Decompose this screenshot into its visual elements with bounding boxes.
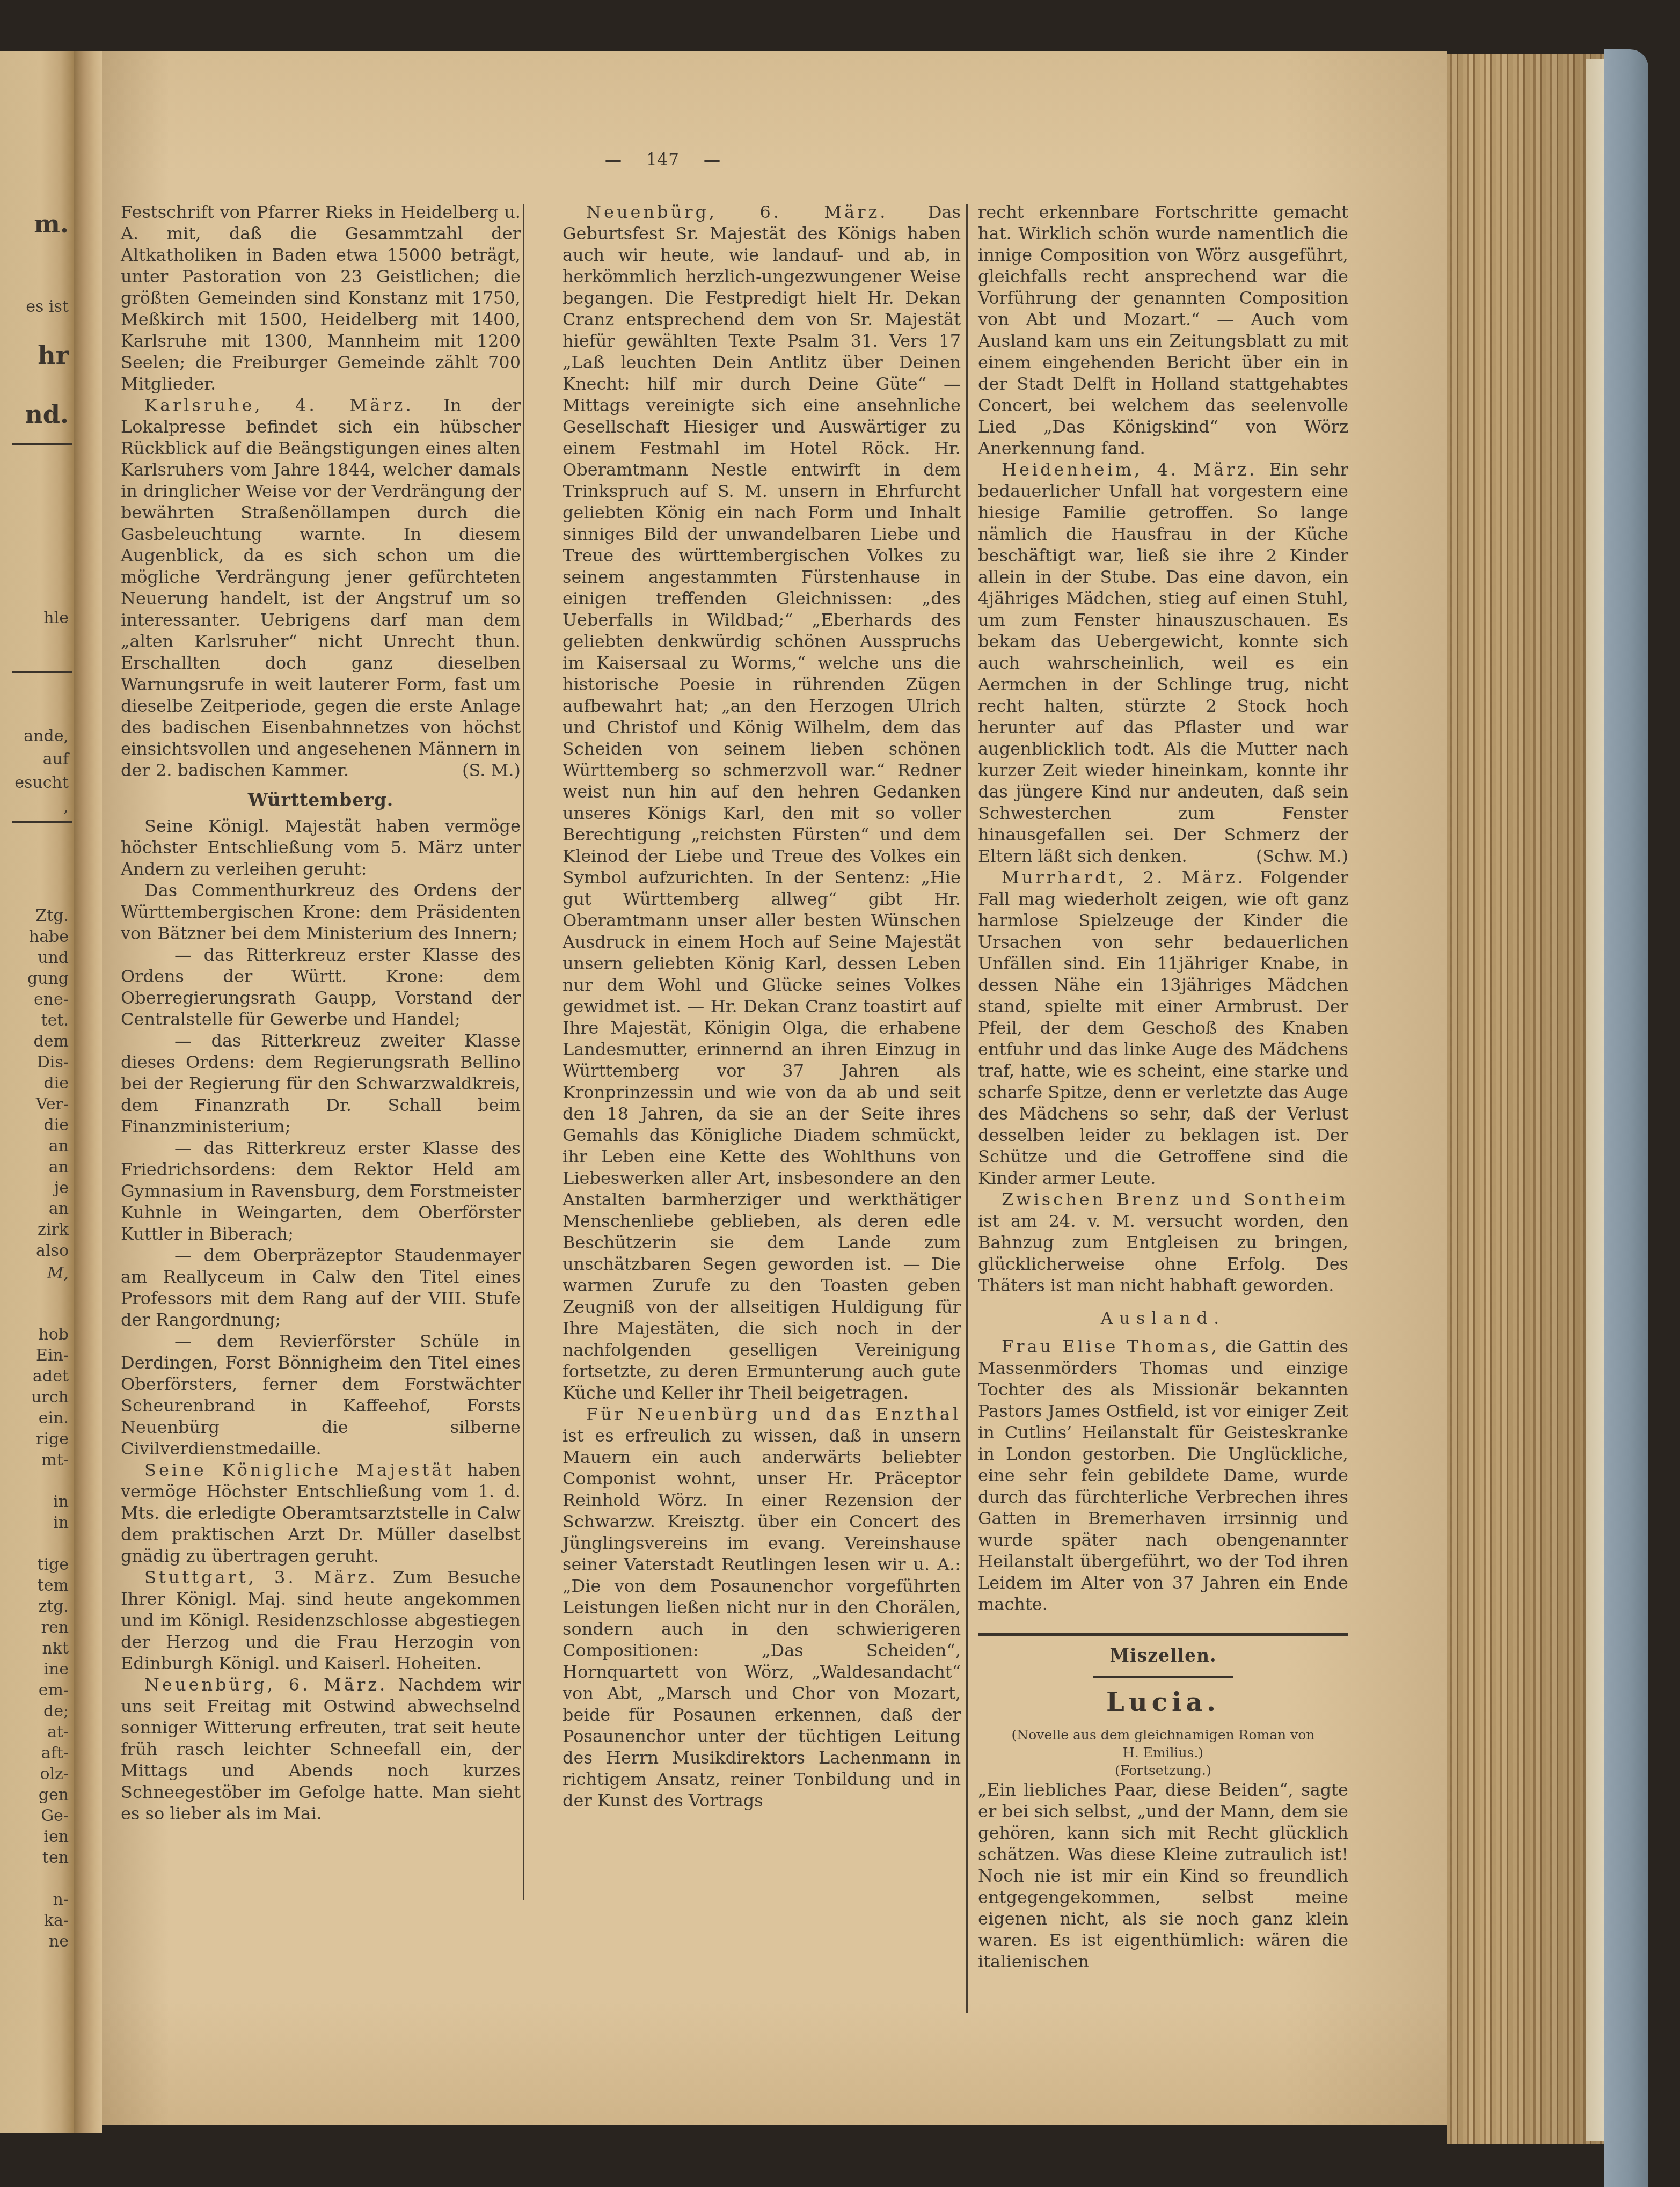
paragraph: Murrhardt, 2. März. Folgender Fall mag w… [978, 867, 1348, 1189]
correspondent-signature: (Schw. M.) [1232, 845, 1348, 867]
story-title: Lucia. [978, 1692, 1348, 1713]
page-fragment: nd. [25, 405, 69, 423]
page-fragment: in [53, 1493, 69, 1511]
book-cover [1604, 49, 1648, 2187]
paragraph: Karlsruhe, 4. März. In der Lokalpresse b… [121, 394, 521, 781]
section-heading: Miszellen. [978, 1645, 1348, 1666]
column-divider-right [966, 204, 968, 2013]
page-fragment: tet. [41, 1012, 69, 1030]
page-fragment: hle [43, 609, 69, 627]
section-rule [978, 1633, 1348, 1636]
page-fragment: an [49, 1137, 69, 1155]
fore-edge-highlight [1586, 59, 1604, 2141]
page-fragment: es ist [26, 298, 69, 316]
page-fragment: ne [49, 1933, 69, 1951]
page-fragment: ine [43, 1661, 69, 1679]
page-fragment: die [43, 1074, 69, 1093]
paragraph: Für Neuenbürg und das Enzthal ist es erf… [563, 1403, 961, 1811]
attribution-line: (Novelle aus dem gleichnamigen Roman von [978, 1726, 1348, 1744]
attribution-line: H. Emilius.) [978, 1744, 1348, 1761]
page-fragment: die [43, 1116, 69, 1135]
page-fragment: Ver- [36, 1095, 69, 1114]
page-fragment: in [53, 1514, 69, 1532]
page-fragment: habe [29, 928, 69, 946]
page-fragment: hob [38, 1326, 69, 1344]
fragment-rule [12, 821, 72, 823]
page-fragment: M, [47, 1264, 69, 1283]
page-fragment: auf [43, 750, 69, 769]
short-rule [1093, 1676, 1233, 1678]
paragraph: Frau Elise Thomas, die Gattin des Massen… [978, 1336, 1348, 1615]
page-fragment: ene- [34, 991, 69, 1009]
paragraph: — das Ritterkreuz zweiter Klasse dieses … [121, 1030, 521, 1137]
paragraph: — dem Revierförster Schüle in Derdingen,… [121, 1330, 521, 1459]
page-fragment: gen [39, 1786, 69, 1804]
paragraph: recht erkennbare Fortschritte gemacht ha… [978, 201, 1348, 459]
dateline-lead: Neuenbürg, 6. März. [586, 202, 888, 222]
page-fragment: und [38, 949, 69, 967]
page-fragment: also [36, 1242, 69, 1260]
left-page-sliver: m.es isthrnd.hleande,aufesucht,Ztg.habeu… [0, 51, 74, 2133]
page-fragment: mt- [41, 1451, 69, 1469]
paragraph: „Ein liebliches Paar, diese Beiden“, sag… [978, 1779, 1348, 1972]
page-fragment: Dis- [37, 1054, 69, 1072]
page-fragment: ein. [39, 1409, 69, 1428]
page-fragment: gung [27, 970, 69, 988]
page-fragment: dem [34, 1033, 69, 1051]
column-1: Festschrift von Pfarrer Rieks in Heidelb… [121, 201, 521, 1824]
paragraph: Zwischen Brenz und Sontheim ist am 24. v… [978, 1189, 1348, 1296]
column-divider-left [523, 204, 524, 1900]
paragraph: — das Ritterkreuz erster Klasse des Orde… [121, 944, 521, 1030]
page-fragment: ren [41, 1619, 69, 1637]
page-fragment: urch [31, 1388, 69, 1407]
correspondent-signature: (S. M.) [439, 759, 521, 781]
newspaper-page: — 147 — Festschrift von Pfarrer Rieks in… [102, 51, 1447, 2125]
dateline-lead: Heidenheim, 4. März. [1002, 459, 1257, 480]
paragraph: Seine Königl. Majestät haben vermöge höc… [121, 815, 521, 880]
page-fragment: hr [38, 346, 69, 364]
paragraph: — das Ritterkreuz erster Klasse des Frie… [121, 1137, 521, 1245]
section-heading: Württemberg. [121, 789, 521, 811]
paragraph: Neuenbürg, 6. März. Das Geburtsfest Sr. … [563, 201, 961, 1403]
dateline-lead: Für Neuenbürg und das Enzthal [586, 1404, 961, 1424]
page-fragment: an [49, 1158, 69, 1176]
scanned-newspaper-page: m.es isthrnd.hleande,aufesucht,Ztg.habeu… [0, 0, 1680, 2187]
page-fragment: ka- [44, 1912, 69, 1930]
book-fore-edge [1447, 54, 1605, 2144]
page-fragment: em- [39, 1681, 69, 1700]
page-fragment: m. [34, 215, 69, 233]
paragraph: — dem Oberpräzeptor Staudenmayer am Real… [121, 1245, 521, 1330]
paragraph: Neuenbürg, 6. März. Nachdem wir uns seit… [121, 1674, 521, 1824]
page-fragment: , [63, 798, 69, 816]
paragraph: Festschrift von Pfarrer Rieks in Heidelb… [121, 201, 521, 394]
page-fragment: adet [33, 1367, 69, 1386]
paragraph: Heidenheim, 4. März. Ein sehr bedauerlic… [978, 459, 1348, 867]
page-fragment: olz- [40, 1765, 69, 1783]
page-fragment: tem [38, 1577, 69, 1595]
dateline-lead: Seine Königliche Majestät [144, 1460, 454, 1480]
paragraph: Das Commenthurkreuz des Ordens der Württ… [121, 880, 521, 944]
dateline-lead: Murrhardt, 2. März. [1002, 867, 1246, 888]
page-fragment: at- [47, 1723, 69, 1742]
section-heading: Ausland. [978, 1308, 1348, 1329]
page-fragment: ande, [24, 727, 69, 745]
paragraph: Stuttgart, 3. März. Zum Besuche Ihrer Kö… [121, 1567, 521, 1674]
page-fragment: ien [43, 1828, 69, 1846]
gutter-shadow [74, 51, 102, 2133]
column-2: Neuenbürg, 6. März. Das Geburtsfest Sr. … [563, 201, 961, 1811]
page-fragment: de; [43, 1702, 69, 1721]
page-fragment: an [49, 1200, 69, 1218]
page-fragment: zirk [38, 1221, 69, 1239]
page-fragment: nkt [42, 1640, 69, 1658]
page-fragment: Ein- [36, 1347, 69, 1365]
page-fragment: aft- [41, 1744, 69, 1762]
dateline-lead: Zwischen Brenz und Sontheim [1002, 1189, 1348, 1210]
paragraph: Seine Königliche Majestät haben vermöge … [121, 1459, 521, 1567]
dateline-lead: Karlsruhe, 4. März. [144, 395, 414, 415]
attribution-line: (Fortsetzung.) [978, 1761, 1348, 1779]
fragment-rule [12, 671, 72, 673]
fragment-rule [12, 443, 72, 445]
page-fragment: tige [37, 1556, 69, 1574]
page-fragment: ten [42, 1849, 69, 1867]
page-fragment: ztg. [38, 1598, 69, 1616]
page-fragment: Ge- [41, 1807, 69, 1825]
page-fragment: Ztg. [35, 907, 69, 925]
page-fragment: esucht [14, 774, 69, 792]
dateline-lead: Stuttgart, 3. März. [144, 1567, 378, 1588]
page-number: — 147 — [556, 150, 770, 170]
page-fragment: n- [53, 1891, 69, 1909]
page-fragment: rige [36, 1430, 69, 1449]
dateline-lead: Frau Elise Thomas, [1002, 1336, 1219, 1357]
dateline-lead: Neuenbürg, 6. März. [144, 1674, 388, 1695]
column-3: recht erkennbare Fortschritte gemacht ha… [978, 201, 1348, 1972]
page-fragment: je [54, 1179, 69, 1197]
